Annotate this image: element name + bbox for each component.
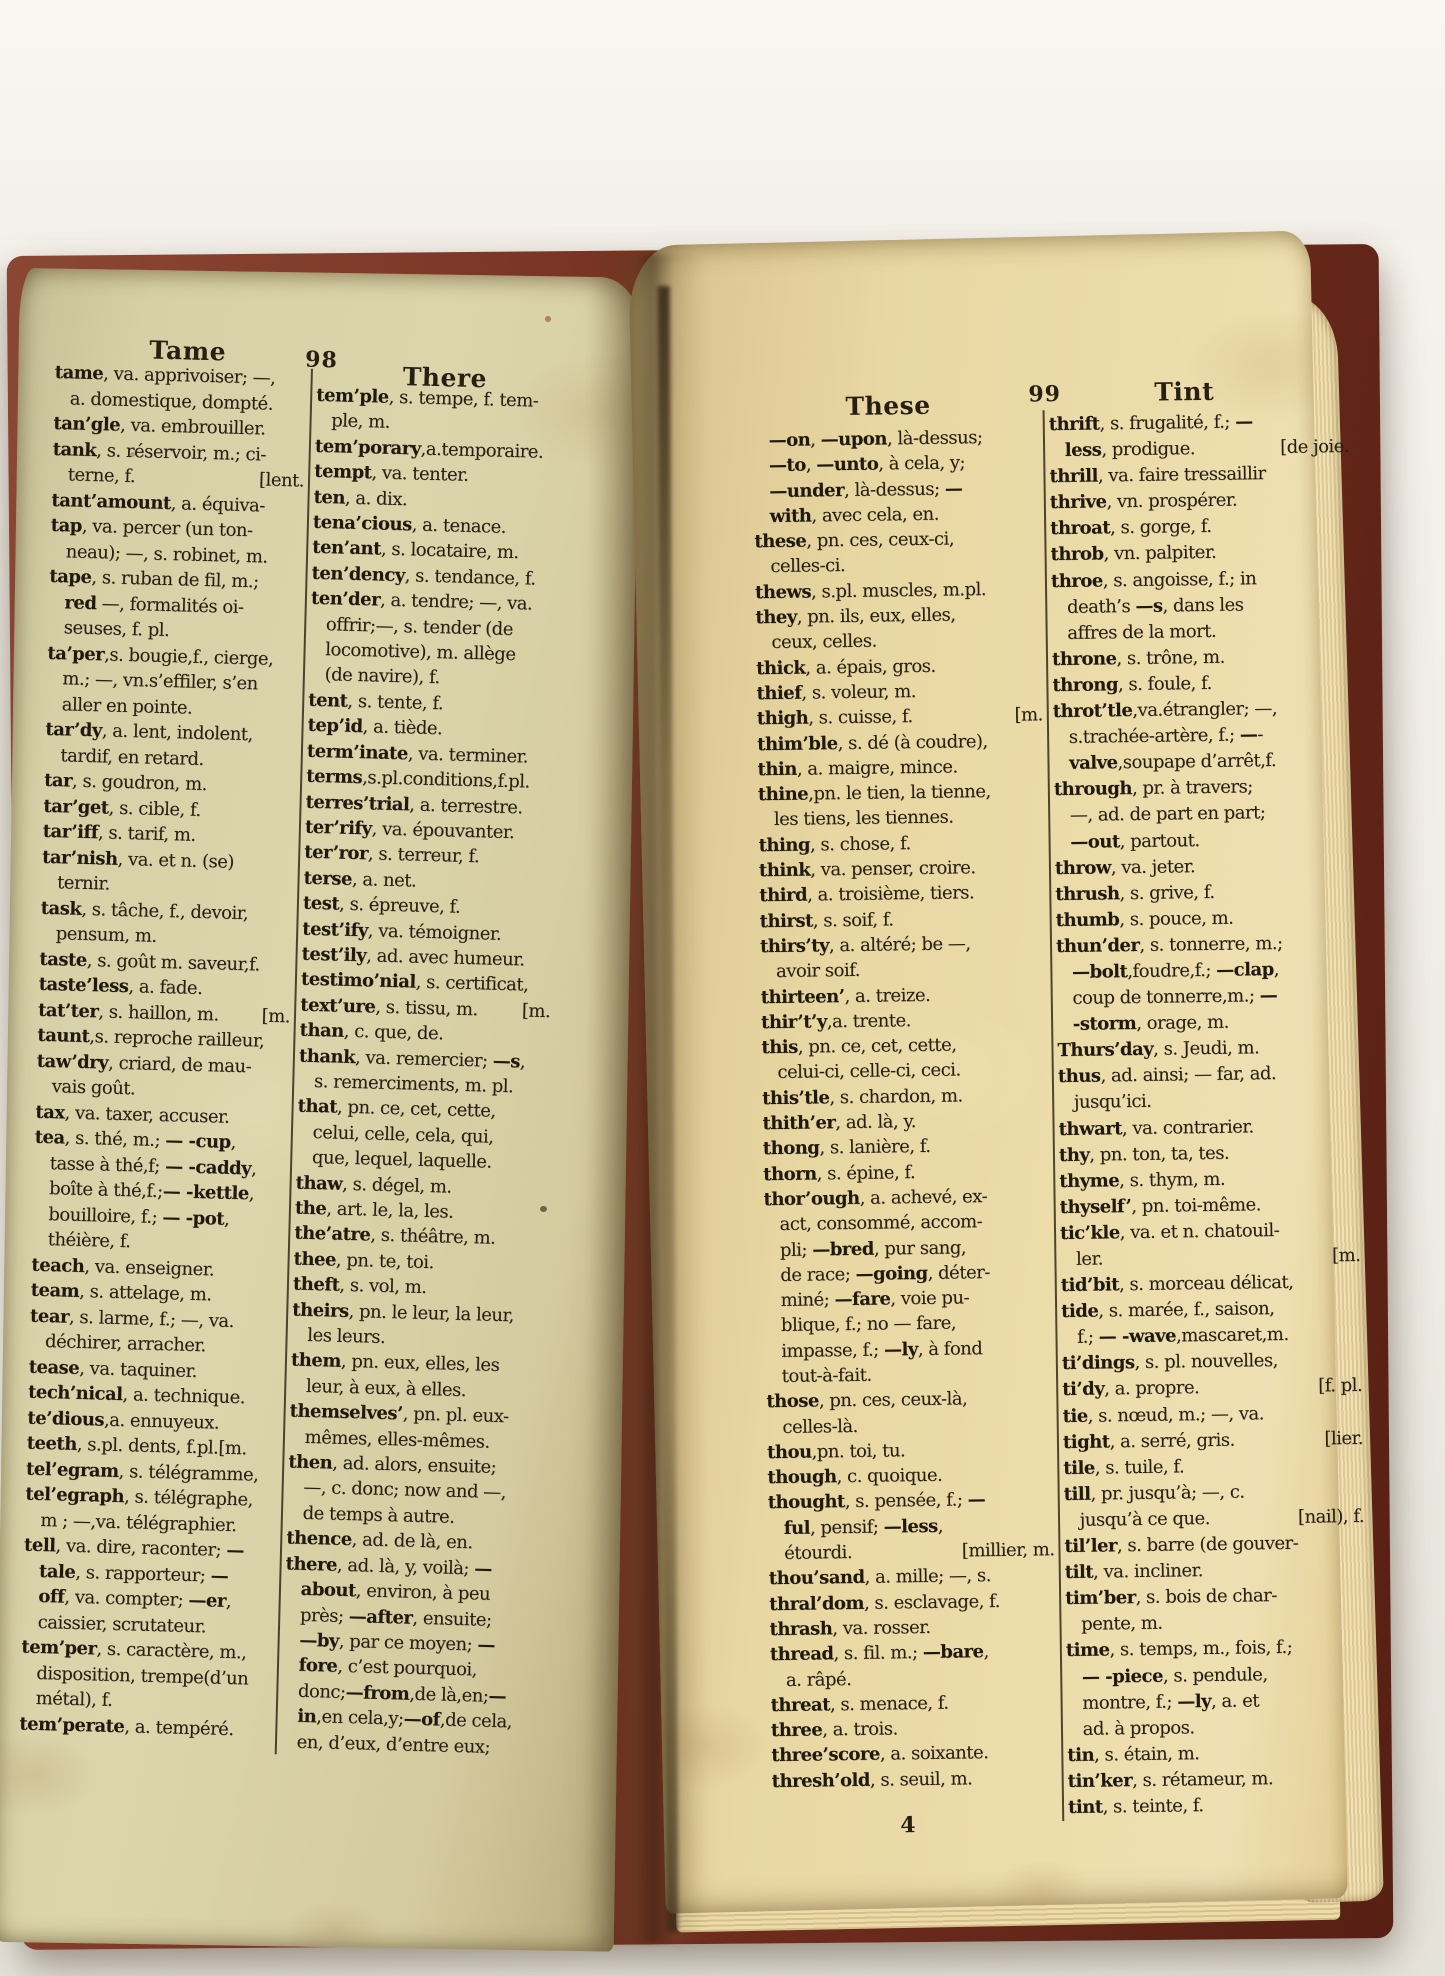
dictionary-line: impasse, f.; —ly, à fond xyxy=(766,1335,1052,1364)
dictionary-column-2: tem’ple, s. tempe, f. tem- ple, m.tem’po… xyxy=(281,383,567,1761)
dictionary-column-3: —on, —upon, là-dessus; —to, —unto, à cel… xyxy=(703,424,1058,1826)
dictionary-line: thor’ough, a. achevé, ex- xyxy=(763,1183,1049,1212)
page-99-content: These 99 Tint —on, —upon, là-dessus; —to… xyxy=(702,363,1370,1826)
dictionary-line: less, prodigue.[de joie. xyxy=(1049,434,1349,464)
book-gutter xyxy=(588,254,708,1942)
dictionary-line: thresh’old, s. seuil, m. xyxy=(772,1765,1058,1794)
dictionary-line: tint, s. teinte, f. xyxy=(1068,1791,1368,1821)
guide-word-there: There xyxy=(402,362,487,393)
signature-mark: 4 xyxy=(900,1812,916,1838)
page-99-columns: —on, —upon, là-dessus; —to, —unto, à cel… xyxy=(703,404,1371,1826)
dictionary-line: a. râpé. xyxy=(770,1664,1056,1693)
guide-word-tame: Tame xyxy=(149,335,227,366)
dictionary-line: tem’perate, a. tempéré. xyxy=(19,1711,272,1743)
page-number-99: 99 xyxy=(1028,381,1061,407)
page-98-columns: tame, va. apprivoiser; —, a. domestique,… xyxy=(19,360,567,1761)
dictionary-line: think, va. penser, croire. xyxy=(759,854,1045,883)
dictionary-column-4: thrift, s. frugalité, f.; — less, prodig… xyxy=(1049,408,1369,1821)
guide-word-tint: Tint xyxy=(1154,377,1214,407)
guide-word-these: These xyxy=(845,391,931,421)
dictionary-line: étourdi.[millier, m. xyxy=(768,1537,1054,1566)
page-98-content: Tame 98 There tame, va. apprivoiser; —, … xyxy=(19,326,568,1761)
photo-backdrop: Tame 98 There tame, va. apprivoiser; —, … xyxy=(0,0,1445,1976)
dictionary-column-1: tame, va. apprivoiser; —, a. domestique,… xyxy=(19,360,307,1754)
paper-speck xyxy=(545,316,551,322)
page-99-header: These 99 Tint xyxy=(702,363,1350,410)
dictionary-line: thigh, s. cuisse, f.[m. xyxy=(757,703,1043,732)
dictionary-line: jusqu’à ce que.[nail), f. xyxy=(1064,1504,1364,1534)
page-number-98: 98 xyxy=(305,347,338,374)
